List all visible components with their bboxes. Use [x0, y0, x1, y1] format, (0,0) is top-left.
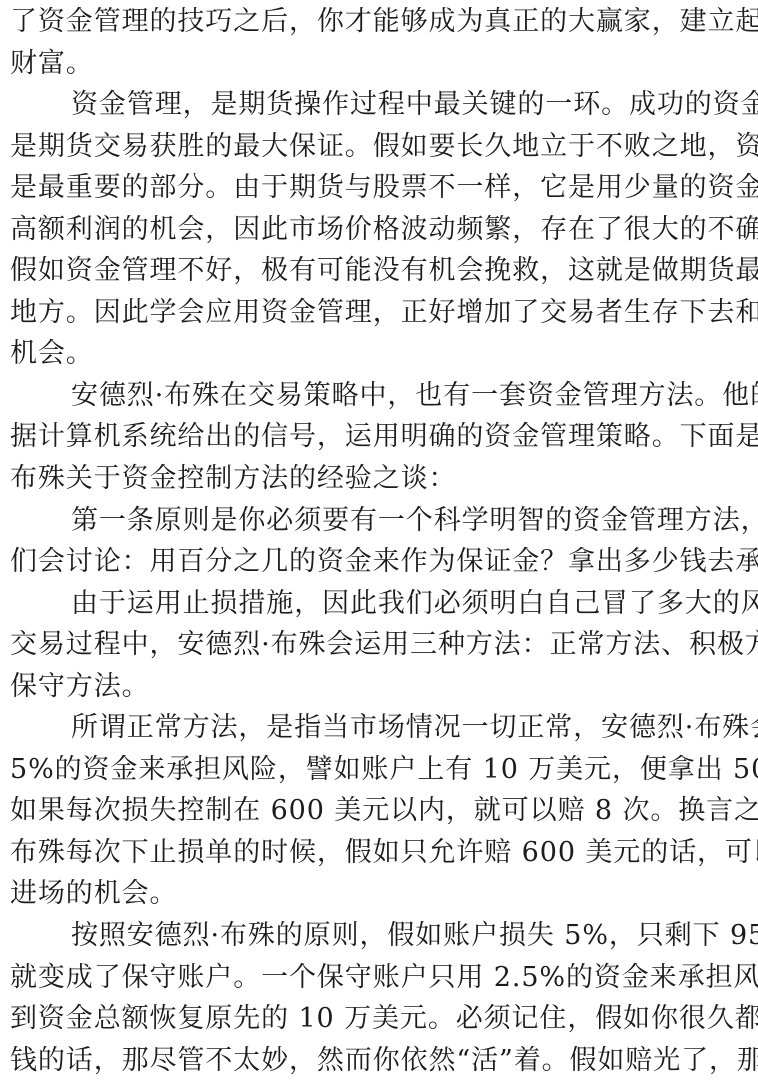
paragraph: 由于运用止损措施，因此我们必须明白自己冒了多大的风险。在 交易过程中，安德烈·布…: [10, 583, 750, 708]
paragraph: 第一条原则是你必须要有一个科学明智的资金管理方法，一般我 们会讨论：用百分之几的…: [10, 500, 750, 583]
text-line: 了资金管理的技巧之后，你才能够成为真正的大赢家，建立起巨大的: [10, 1, 750, 43]
text-line: 机会。: [10, 333, 750, 375]
text-line: 所谓正常方法，是指当市场情况一切正常，安德烈·布殊会拿出: [10, 707, 750, 749]
text-line: 钱的话，那尽管不太妙，然而你依然“活”着。假如赔光了，那你就: [10, 1040, 750, 1082]
text-line: 财富。: [10, 43, 750, 85]
paragraph: 按照安德烈·布殊的原则，假如账户损失 5%，只剩下 95000 美元， 就变成了…: [10, 915, 750, 1081]
text-line: 是期货交易获胜的最大保证。假如要长久地立于不败之地，资金管理: [10, 126, 750, 168]
text-line: 安德烈·布殊在交易策略中，也有一套资金管理方法。他的资金根: [10, 375, 750, 417]
text-line: 到资金总额恢复原先的 10 万美元。必须记住，假如你很久都没赚到大: [10, 998, 750, 1040]
text-line: 第一条原则是你必须要有一个科学明智的资金管理方法，一般我: [10, 500, 750, 542]
text-line: 交易过程中，安德烈·布殊会运用三种方法：正常方法、积极方法以及: [10, 624, 750, 666]
text-line: 就变成了保守账户。一个保守账户只用 2.5%的资金来承担风险，一直: [10, 957, 750, 999]
text-line: 布殊关于资金控制方法的经验之谈：: [10, 458, 750, 500]
text-line: 保守方法。: [10, 666, 750, 708]
text-line: 们会讨论：用百分之几的资金来作为保证金？拿出多少钱去承担风险？: [10, 541, 750, 583]
text-line: 5%的资金来承担风险，譬如账户上有 10 万美元，便拿出 5000 美元，: [10, 749, 750, 791]
text-line: 地方。因此学会应用资金管理，正好增加了交易者生存下去和赚钱的: [10, 292, 750, 334]
text-line: 进场的机会。: [10, 873, 750, 915]
paragraph: 资金管理，是期货操作过程中最关键的一环。成功的资金管理就 是期货交易获胜的最大保…: [10, 84, 750, 375]
text-line: 是最重要的部分。由于期货与股票不一样，它是用少量的资金去获得: [10, 167, 750, 209]
paragraph: 了资金管理的技巧之后，你才能够成为真正的大赢家，建立起巨大的 财富。: [10, 1, 750, 84]
text-line: 据计算机系统给出的信号，运用明确的资金管理策略。下面是安德烈·: [10, 416, 750, 458]
paragraph: 安德烈·布殊在交易策略中，也有一套资金管理方法。他的资金根 据计算机系统给出的信…: [10, 375, 750, 500]
text-line: 高额利润的机会，因此市场价格波动频繁，存在了很大的不确定性，: [10, 209, 750, 251]
text-line: 资金管理，是期货操作过程中最关键的一环。成功的资金管理就: [10, 84, 750, 126]
text-line: 由于运用止损措施，因此我们必须明白自己冒了多大的风险。在: [10, 583, 750, 625]
text-line: 如果每次损失控制在 600 美元以内，就可以赔 8 次。换言之，安德烈·: [10, 790, 750, 832]
paragraph: 所谓正常方法，是指当市场情况一切正常，安德烈·布殊会拿出 5%的资金来承担风险，…: [10, 707, 750, 915]
text-line: 按照安德烈·布殊的原则，假如账户损失 5%，只剩下 95000 美元，: [10, 915, 750, 957]
document-page: 了资金管理的技巧之后，你才能够成为真正的大赢家，建立起巨大的 财富。 资金管理，…: [10, 1, 750, 1081]
text-line: 布殊每次下止损单的时候，假如只允许赔 600 美元的话，可以有 8 次: [10, 832, 750, 874]
text-line: 假如资金管理不好，极有可能没有机会挽救，这就是做期货最要命的: [10, 250, 750, 292]
